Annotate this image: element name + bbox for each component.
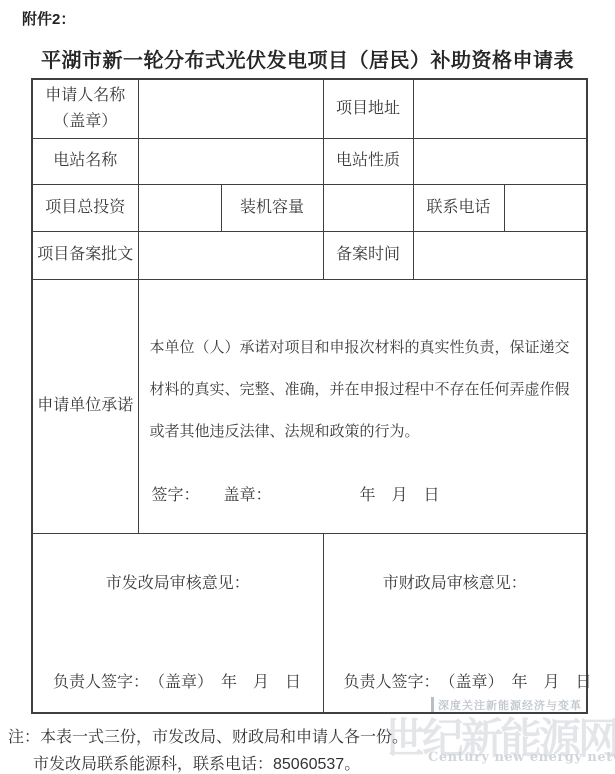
commitment-line: 本单位（人）承诺对项目和申报次材料的真实性负责，保证递交 bbox=[150, 327, 579, 369]
czj-review-heading: 市财政局审核意见： bbox=[324, 570, 587, 593]
fgj-review-cell: 市发改局审核意见： 负责人签字： （盖章） 年 月 日 bbox=[32, 533, 323, 713]
fgj-responsible-sign-line: 负责人签字： （盖章） 年 月 日 bbox=[53, 669, 301, 692]
czj-responsible-sign-line: 负责人签字： （盖章） 年 月 日 bbox=[344, 669, 592, 692]
investment-label: 项目总投资 bbox=[32, 184, 138, 231]
filing-time-label: 备案时间 bbox=[323, 231, 413, 279]
form-title: 平湖市新一轮分布式光伏发电项目（居民）补助资格申请表 bbox=[0, 44, 615, 73]
document-page: 附件2： 平湖市新一轮分布式光伏发电项目（居民）补助资格申请表 申请人名称 （盖… bbox=[0, 0, 615, 774]
project-address-label: 项目地址 bbox=[323, 79, 413, 138]
station-name-label: 电站名称 bbox=[32, 138, 138, 184]
row-review: 市发改局审核意见： 负责人签字： （盖章） 年 月 日 市财政局审核意见： 负责… bbox=[32, 533, 587, 713]
fgj-review-heading: 市发改局审核意见： bbox=[33, 570, 323, 593]
application-form-table: 申请人名称 （盖章） 项目地址 电站名称 电站性质 项目总投资 装机容量 联系电… bbox=[31, 78, 588, 714]
filing-doc-label: 项目备案批文 bbox=[32, 231, 138, 279]
phone-field bbox=[504, 184, 587, 231]
row-applicant: 申请人名称 （盖章） 项目地址 bbox=[32, 79, 587, 138]
commitment-line: 材料的真实、完整、准确，并在申报过程中不存在任何弄虚作假 bbox=[150, 369, 579, 411]
attachment-label: 附件2： bbox=[22, 8, 75, 29]
row-investment: 项目总投资 装机容量 联系电话 bbox=[32, 184, 587, 231]
czj-review-cell: 市财政局审核意见： 负责人签字： （盖章） 年 月 日 bbox=[323, 533, 587, 713]
project-address-field bbox=[413, 79, 587, 138]
watermark-english-text: Century new energy network bbox=[428, 750, 615, 765]
commitment-label: 申请单位承诺 bbox=[32, 279, 138, 533]
row-station: 电站名称 电站性质 bbox=[32, 138, 587, 184]
commitment-content-cell: 本单位（人）承诺对项目和申报次材料的真实性负责，保证递交 材料的真实、完整、准确… bbox=[138, 279, 587, 533]
row-filing: 项目备案批文 备案时间 bbox=[32, 231, 587, 279]
filing-time-field bbox=[413, 231, 587, 279]
commitment-line: 或者其他违反法律、法规和政策的行为。 bbox=[150, 411, 579, 453]
applicant-name-label: 申请人名称 （盖章） bbox=[32, 79, 138, 138]
station-name-field bbox=[138, 138, 323, 184]
station-type-field bbox=[413, 138, 587, 184]
investment-field bbox=[138, 184, 221, 231]
station-type-label: 电站性质 bbox=[323, 138, 413, 184]
capacity-label: 装机容量 bbox=[221, 184, 323, 231]
phone-label: 联系电话 bbox=[413, 184, 504, 231]
filing-doc-field bbox=[138, 231, 323, 279]
applicant-name-field bbox=[138, 79, 323, 138]
commitment-signature-line: 签字： 盖章： 年 月 日 bbox=[139, 482, 587, 505]
row-commitment: 申请单位承诺 本单位（人）承诺对项目和申报次材料的真实性负责，保证递交 材料的真… bbox=[32, 279, 587, 533]
commitment-paragraph: 本单位（人）承诺对项目和申报次材料的真实性负责，保证递交 材料的真实、完整、准确… bbox=[139, 307, 587, 453]
footnote-line-2: 市发改局联系能源科，联系电话：85060537。 bbox=[33, 751, 360, 774]
footnote-line-1: 注：本表一式三份，市发改局、财政局和申请人各一份。 bbox=[8, 724, 408, 747]
capacity-field bbox=[323, 184, 413, 231]
